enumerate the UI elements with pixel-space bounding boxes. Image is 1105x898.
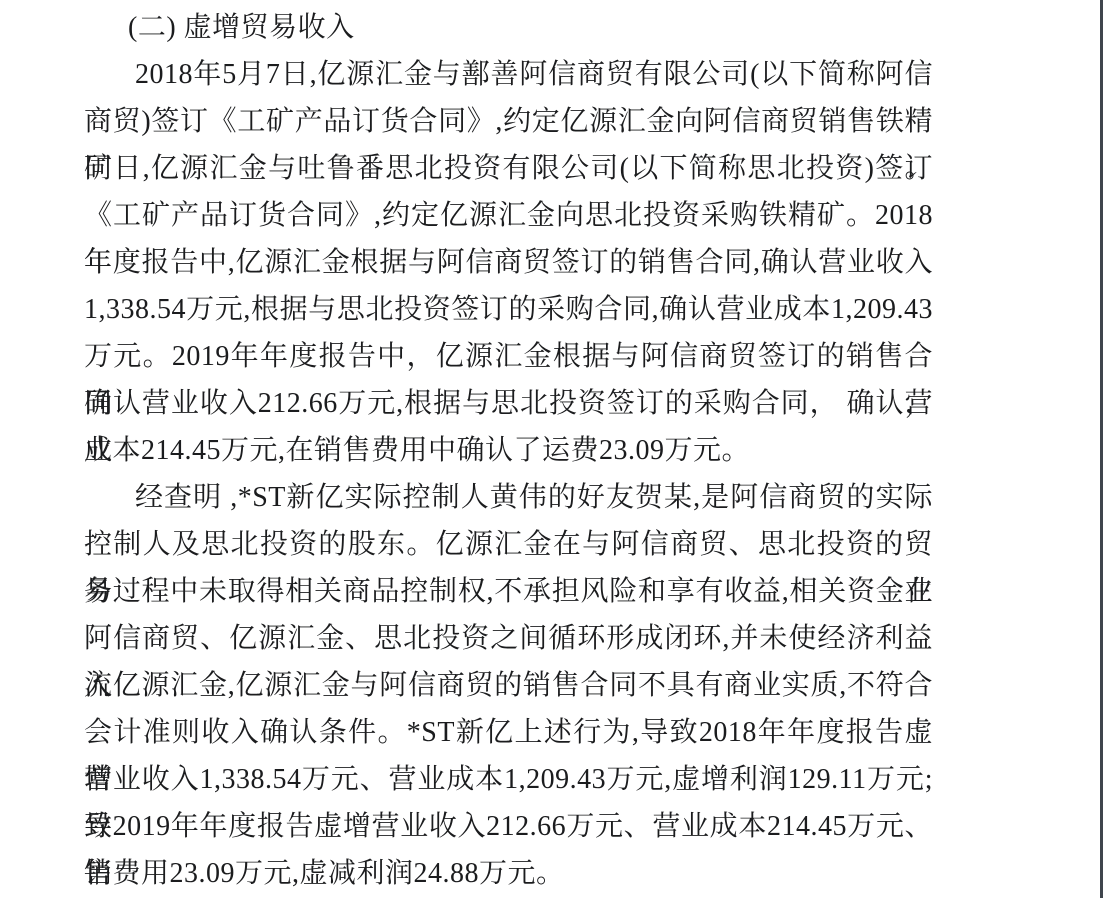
text-line: 1,338.54万元,根据与思北投资签订的采购合同,确认营业成本1,209.43 bbox=[84, 286, 933, 333]
text-line: 阿信商贸、亿源汇金、思北投资之间循环形成闭环,并未使经济利益流 bbox=[84, 615, 933, 662]
text-block: (二) 虚增贸易收入 2018年5月7日,亿源汇金与鄯善阿信商贸有限公司(以下简… bbox=[84, 4, 933, 897]
text-line: 确认营业收入212.66万元,根据与思北投资签订的采购合同， 确认营业 bbox=[84, 380, 933, 427]
text-line: 致2019年年度报告虚增营业收入212.66万元、营业成本214.45万元、销 bbox=[84, 803, 933, 850]
section-heading: (二) 虚增贸易收入 bbox=[84, 4, 933, 51]
page-border-line bbox=[1100, 0, 1103, 898]
text-line: 年度报告中,亿源汇金根据与阿信商贸签订的销售合同,确认营业收入 bbox=[84, 239, 933, 286]
text-line: 会计准则收入确认条件。*ST新亿上述行为,导致2018年年度报告虚增 bbox=[84, 709, 933, 756]
text-line: 经查明 ,*ST新亿实际控制人黄伟的好友贺某,是阿信商贸的实际 bbox=[84, 474, 933, 521]
text-line: 《工矿产品订货合同》,约定亿源汇金向思北投资采购铁精矿。2018年 bbox=[84, 192, 933, 239]
document-page: (二) 虚增贸易收入 2018年5月7日,亿源汇金与鄯善阿信商贸有限公司(以下简… bbox=[0, 0, 1105, 898]
text-line: 入亿源汇金,亿源汇金与阿信商贸的销售合同不具有商业实质,不符合 bbox=[84, 662, 933, 709]
text-line: 商贸)签订《工矿产品订货合同》,约定亿源汇金向阿信商贸销售铁精矿。 bbox=[84, 98, 933, 145]
text-line: 务过程中未取得相关商品控制权,不承担风险和享有收益,相关资金在 bbox=[84, 568, 933, 615]
text-line: 售费用23.09万元,虚减利润24.88万元。 bbox=[84, 850, 933, 897]
text-line: 2018年5月7日,亿源汇金与鄯善阿信商贸有限公司(以下简称阿信 bbox=[84, 51, 933, 98]
text-line: 成本214.45万元,在销售费用中确认了运费23.09万元。 bbox=[84, 427, 933, 474]
text-line: 营业收入1,338.54万元、营业成本1,209.43万元,虚增利润129.11… bbox=[84, 756, 933, 803]
text-line: 控制人及思北投资的股东。亿源汇金在与阿信商贸、思北投资的贸易业 bbox=[84, 521, 933, 568]
text-line: 万元。2019年年度报告中，亿源汇金根据与阿信商贸签订的销售合同， bbox=[84, 333, 933, 380]
text-line: 同日,亿源汇金与吐鲁番思北投资有限公司(以下简称思北投资)签订 bbox=[84, 145, 933, 192]
